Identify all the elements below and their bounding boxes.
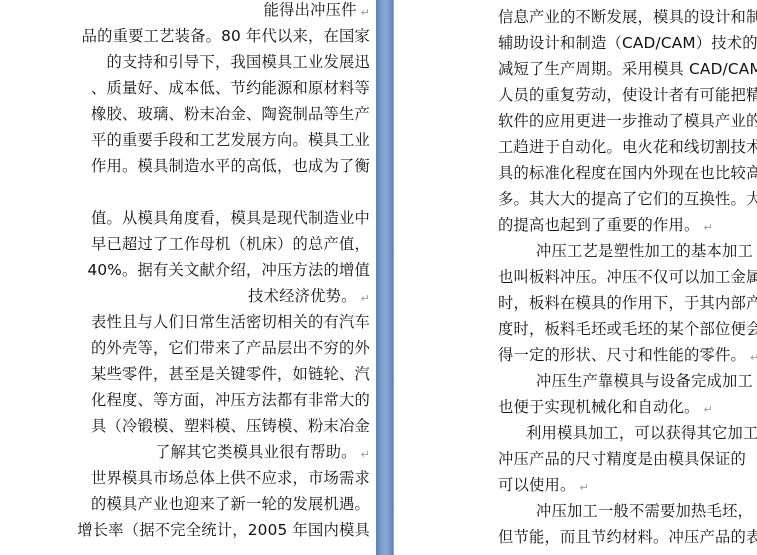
line-text: 也便于实现机械化和自动化。 — [498, 398, 699, 416]
line-text: 辅助设计和制造（CAD/CAM）技术的研 — [498, 34, 757, 52]
text-line: 化程度、等方面，冲压方法都有非常大的 — [91, 390, 370, 410]
line-text: 40%。据有关文献介绍，冲压方法的增值 — [87, 261, 370, 279]
line-text: 增长率（据不完全统计，2005 年国内模具 — [77, 521, 370, 539]
line-text: 也叫板料冲压。冲压不仅可以加工金属 — [498, 268, 757, 286]
line-text: 橡胶、玻璃、粉末冶金、陶瓷制品等生产 — [91, 105, 370, 123]
text-line: 增长率（据不完全统计，2005 年国内模具 — [77, 520, 370, 540]
text-line: 40%。据有关文献介绍，冲压方法的增值 — [87, 260, 370, 280]
text-line: 品的重要工艺装备。80 年代以来，在国家 — [82, 26, 370, 46]
text-line: 工趋进于自动化。电火花和线切割技术 — [498, 137, 757, 157]
line-text: 的模具产业也迎来了新一轮的发展机遇。 — [91, 495, 370, 513]
paragraph-mark-icon: ↵ — [361, 6, 370, 19]
line-text: 平的重要手段和工艺发展方向。模具工业 — [91, 131, 370, 149]
line-text: 表性且与人们日常生活密切相关的有汽车 — [91, 313, 370, 331]
line-text: 某些零件，甚至是关键零件，如链轮、汽 — [91, 365, 370, 383]
text-line: 橡胶、玻璃、粉末冶金、陶瓷制品等生产 — [91, 104, 370, 124]
line-text: 的支持和引导下，我国模具工业发展迅 — [107, 53, 370, 71]
line-text: 利用模具加工，可以获得其它加工 — [526, 424, 757, 442]
line-text: 软件的应用更进一步推动了模具产业的 — [498, 112, 757, 130]
line-text: 工趋进于自动化。电火花和线切割技术 — [498, 138, 757, 156]
line-text: 、质量好、成本低、节约能源和原材料等 — [91, 79, 370, 97]
line-text: 冲压生产靠模具与设备完成加工 — [536, 372, 753, 390]
line-text: 技术经济优势。 — [248, 287, 356, 305]
text-line: 也便于实现机械化和自动化。↵ — [498, 397, 713, 420]
paragraph-mark-icon: ↵ — [580, 481, 589, 494]
line-text: 能得出冲压件 — [264, 1, 357, 19]
line-text: 时，板料在模具的作用下，于其内部产 — [498, 294, 757, 312]
document-page-right[interactable]: 信息产业的不断发展，模具的设计和制辅助设计和制造（CAD/CAM）技术的研减短了… — [394, 0, 757, 555]
text-line: 作用。模具制造水平的高低，也成为了衡 — [91, 156, 370, 176]
line-text: 多。其大大的提高了它们的互换性。大 — [498, 190, 757, 208]
line-text: 得一定的形状、尺寸和性能的零件。 — [498, 346, 746, 364]
text-line: 值。从模具角度看，模具是现代制造业中 — [91, 208, 370, 228]
line-text: 可以使用。 — [498, 476, 576, 494]
text-line: 时，板料在模具的作用下，于其内部产 — [498, 293, 757, 313]
line-text: 度时，板料毛坯或毛坯的某个部位便会 — [498, 320, 757, 338]
line-text: 的提高也起到了重要的作用。 — [498, 216, 699, 234]
line-text: 冲压产品的尺寸精度是由模具保证的 — [498, 450, 746, 468]
text-line: 平的重要手段和工艺发展方向。模具工业 — [91, 130, 370, 150]
document-page-left[interactable]: 能得出冲压件↵品的重要工艺装备。80 年代以来，在国家的支持和引导下，我国模具工… — [0, 0, 376, 555]
text-line: 冲压加工一般不需要加热毛坯， — [498, 501, 753, 521]
line-text: 冲压工艺是塑性加工的基本加工 — [536, 242, 753, 260]
text-line: 某些零件，甚至是关键零件，如链轮、汽 — [91, 364, 370, 384]
paragraph-mark-icon: ↵ — [361, 292, 370, 305]
text-line: 冲压生产靠模具与设备完成加工 — [498, 371, 753, 391]
paragraph-mark-icon: ↵ — [703, 403, 712, 416]
text-line: 的提高也起到了重要的作用。↵ — [498, 215, 713, 238]
line-text: 化程度、等方面，冲压方法都有非常大的 — [91, 391, 370, 409]
text-line: 了解其它类模具业很有帮助。↵ — [155, 442, 370, 465]
line-text: 具的标准化程度在国内外现在也比较高 — [498, 164, 757, 182]
line-text: 品的重要工艺装备。80 年代以来，在国家 — [82, 27, 370, 45]
text-line: 具（冷锻模、塑料模、压铸模、粉末冶金 — [91, 416, 370, 436]
text-line: 人员的重复劳动，使设计者有可能把精 — [498, 85, 757, 105]
text-line: 度时，板料毛坯或毛坯的某个部位便会 — [498, 319, 757, 339]
text-line: 世界模具市场总体上供不应求，市场需求 — [91, 468, 370, 488]
text-line: 冲压工艺是塑性加工的基本加工 — [498, 241, 753, 261]
text-line: 辅助设计和制造（CAD/CAM）技术的研 — [498, 33, 757, 53]
text-line: 的模具产业也迎来了新一轮的发展机遇。 — [91, 494, 370, 514]
line-text: 的外壳等，它们带来了产品层出不穷的外 — [91, 339, 370, 357]
line-text: 世界模具市场总体上供不应求，市场需求 — [91, 469, 370, 487]
text-line: 信息产业的不断发展，模具的设计和制 — [498, 7, 757, 27]
line-text: 作用。模具制造水平的高低，也成为了衡 — [91, 157, 370, 175]
line-text: 具（冷锻模、塑料模、压铸模、粉末冶金 — [91, 417, 370, 435]
text-line: 、质量好、成本低、节约能源和原材料等 — [91, 78, 370, 98]
text-line: 利用模具加工，可以获得其它加工 — [498, 423, 757, 443]
text-line: 能得出冲压件↵ — [264, 0, 370, 23]
line-text: 早已超过了工作母机（机床）的总产值， — [91, 235, 370, 253]
text-line: 的外壳等，它们带来了产品层出不穷的外 — [91, 338, 370, 358]
text-line: 早已超过了工作母机（机床）的总产值， — [91, 234, 370, 254]
text-line: 也叫板料冲压。冲压不仅可以加工金属 — [498, 267, 757, 287]
line-text: 冲压加工一般不需要加热毛坯， — [536, 502, 753, 520]
text-line: 表性且与人们日常生活密切相关的有汽车 — [91, 312, 370, 332]
text-line: 的支持和引导下，我国模具工业发展迅 — [107, 52, 370, 72]
line-text: 人员的重复劳动，使设计者有可能把精 — [498, 86, 757, 104]
line-text: 了解其它类模具业很有帮助。 — [155, 443, 356, 461]
line-text: 但节能，而且节约材料。冲压产品的表 — [498, 528, 757, 546]
line-text: 值。从模具角度看，模具是现代制造业中 — [91, 209, 370, 227]
paragraph-mark-icon: ↵ — [703, 221, 712, 234]
text-line: 具的标准化程度在国内外现在也比较高 — [498, 163, 757, 183]
text-line: 多。其大大的提高了它们的互换性。大 — [498, 189, 757, 209]
page-gap — [376, 0, 394, 555]
text-line: 冲压产品的尺寸精度是由模具保证的 — [498, 449, 746, 469]
text-line: 减短了生产周期。采用模具 CAD/CAM 技 — [498, 59, 757, 79]
paragraph-mark-icon: ↵ — [361, 448, 370, 461]
text-line: 得一定的形状、尺寸和性能的零件。↵ — [498, 345, 757, 368]
text-line: 技术经济优势。↵ — [248, 286, 370, 309]
text-line: 但节能，而且节约材料。冲压产品的表 — [498, 527, 757, 547]
line-text: 信息产业的不断发展，模具的设计和制 — [498, 8, 757, 26]
text-line: 软件的应用更进一步推动了模具产业的 — [498, 111, 757, 131]
text-line: 可以使用。↵ — [498, 475, 589, 498]
paragraph-mark-icon: ↵ — [750, 351, 757, 364]
line-text: 减短了生产周期。采用模具 CAD/CAM 技 — [498, 60, 757, 78]
